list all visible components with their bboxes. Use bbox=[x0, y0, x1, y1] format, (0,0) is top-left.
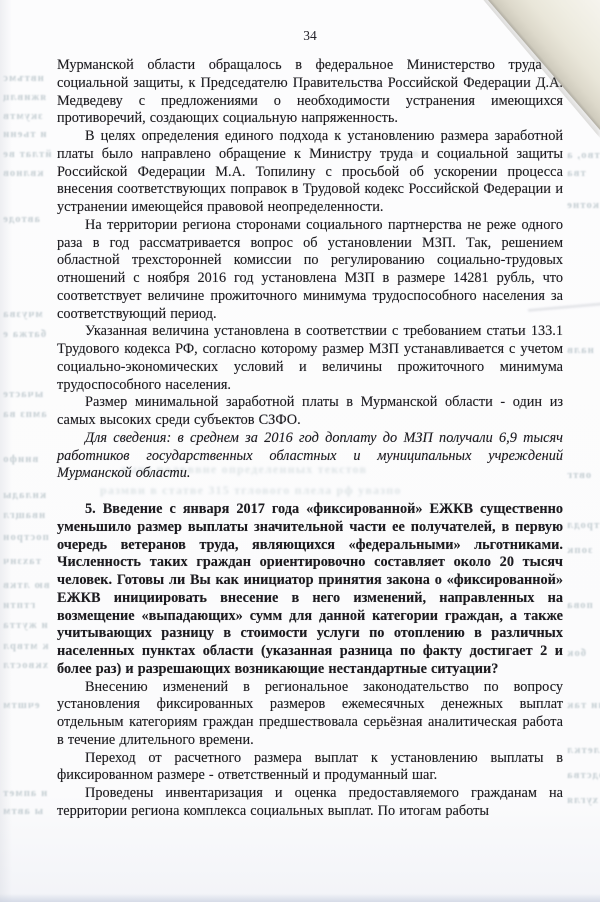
paragraph-fixed-amount: Переход от расчетного размера выплат к у… bbox=[57, 750, 563, 786]
bleedthrough-fragment: пова bbox=[566, 600, 593, 611]
paragraph-article-133: Указанная величина установлена в соответ… bbox=[57, 323, 563, 394]
bleedthrough-fragment: овтг bbox=[566, 470, 591, 481]
document-text: Мурманской области обращалось в федераль… bbox=[57, 57, 563, 821]
paragraph-reference-note: Для сведения: в среднем за 2016 год допл… bbox=[57, 430, 563, 483]
bleedthrough-fragment: зопк bbox=[566, 545, 592, 556]
bleedthrough-fragment: тва bbox=[566, 168, 586, 179]
bleedthrough-fragment: котне bbox=[566, 200, 599, 211]
bleedthrough-fragment: ство, а bbox=[566, 150, 600, 161]
paragraph-legislation-changes: Внесению изменений в региональное законо… bbox=[57, 679, 563, 750]
paragraph-inventory: Проведены инвентаризация и оценка предос… bbox=[57, 785, 563, 821]
bleedthrough-fragment: чи так bbox=[566, 700, 600, 711]
paragraph-continued-appeal: Мурманской области обращалось в федераль… bbox=[57, 57, 563, 128]
bleedthrough-fragment: влеткл bbox=[566, 745, 600, 756]
bleedthrough-fragment: хугля bbox=[566, 795, 598, 806]
page-edge-bottom bbox=[0, 894, 600, 902]
paragraph-szfo-comparison: Размер минимальной заработной платы в Му… bbox=[57, 394, 563, 430]
scanned-document-page: нвтъмсяживлцзкумтви тьенийтлат веквлнова… bbox=[0, 0, 600, 902]
page-number: 34 bbox=[57, 28, 563, 44]
bleedthrough-fragment: стродл bbox=[566, 520, 600, 531]
bleedthrough-fragment: налв bbox=[566, 345, 594, 356]
bleedthrough-fragment: бок bbox=[566, 648, 586, 659]
page-edge-left bbox=[0, 0, 12, 902]
paragraph-question-5: 5. Введение с января 2017 года «фиксиров… bbox=[57, 501, 563, 679]
paragraph-regional-mzp: На территории региона сторонами социальн… bbox=[57, 217, 563, 324]
bleedthrough-fragment: стродства bbox=[566, 770, 600, 781]
paragraph-wage-approach: В целях определения единого подхода к ус… bbox=[57, 128, 563, 217]
